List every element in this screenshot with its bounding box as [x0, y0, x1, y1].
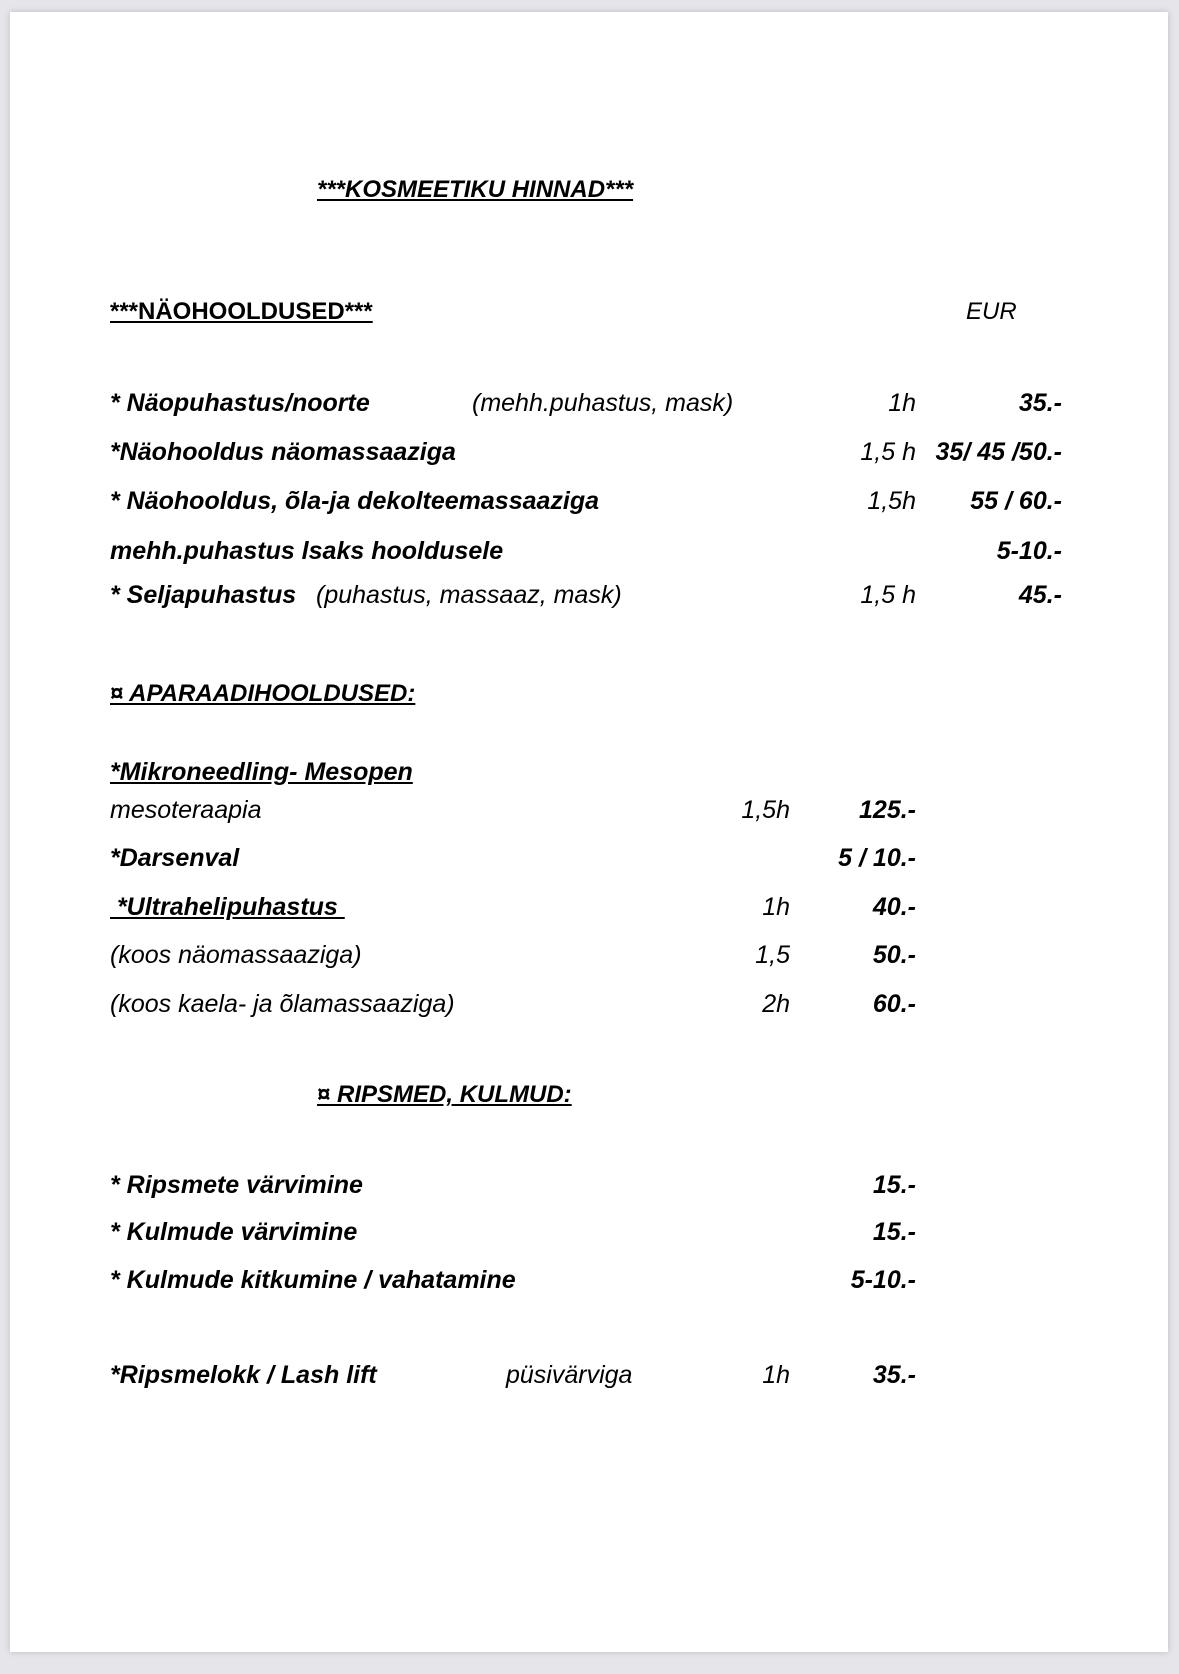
- device-row-name: *Ultrahelipuhastus: [110, 892, 345, 922]
- face-row-name: * Seljapuhastus: [110, 580, 296, 610]
- face-row-price: 5-10.-: [910, 536, 1062, 566]
- face-row-note: (mehh.puhastus, mask): [472, 388, 733, 418]
- device-row-price: 125.-: [800, 795, 916, 825]
- section-heading-face: ***NÄOHOOLDUSED***: [110, 297, 373, 327]
- device-row-price: 60.-: [800, 989, 916, 1019]
- document-title: ***KOSMEETIKU HINNAD***: [317, 175, 633, 205]
- face-row-name: mehh.puhastus lsaks hooldusele: [110, 536, 503, 566]
- face-row-price: 55 / 60.-: [910, 486, 1062, 516]
- device-row-duration: 1h: [690, 892, 790, 922]
- lash-row-name: * Kulmude kitkumine / vahatamine: [110, 1265, 516, 1295]
- lash-row-name: * Kulmude värvimine: [110, 1217, 357, 1247]
- device-row-name: mesoteraapia: [110, 795, 261, 825]
- device-row-name: *Darsenval: [110, 843, 239, 873]
- lash-row-name: * Ripsmete värvimine: [110, 1170, 363, 1200]
- face-row-price: 35/ 45 /50.-: [910, 437, 1062, 467]
- face-row-name: * Näopuhastus/noorte: [110, 388, 370, 418]
- device-row-name: (koos kaela- ja õlamassaaziga): [110, 989, 455, 1019]
- face-row-duration: 1,5 h: [810, 437, 916, 467]
- face-row-note: (puhastus, massaaz, mask): [316, 580, 622, 610]
- currency-label: EUR: [966, 297, 1017, 327]
- device-row-price: 5 / 10.-: [800, 843, 916, 873]
- face-row-name: *Näohooldus näomassaaziga: [110, 437, 456, 467]
- lash-lift-note: püsivärviga: [506, 1360, 632, 1390]
- face-row-price: 35.-: [910, 388, 1062, 418]
- face-row-duration: 1,5h: [810, 486, 916, 516]
- lash-lift-duration: 1h: [690, 1360, 790, 1390]
- device-row-duration: 1,5h: [690, 795, 790, 825]
- face-row-duration: 1h: [810, 388, 916, 418]
- device-row-name: *Mikroneedling- Mesopen: [110, 757, 413, 787]
- device-row-duration: 2h: [690, 989, 790, 1019]
- face-row-name: * Näohooldus, õla-ja dekolteemassaaziga: [110, 486, 599, 516]
- section-heading-lashes: ¤ RIPSMED, KULMUD:: [317, 1080, 572, 1110]
- document-page: ***KOSMEETIKU HINNAD*** ***NÄOHOOLDUSED*…: [10, 12, 1168, 1652]
- lash-row-price: 15.-: [800, 1217, 916, 1247]
- lash-row-price: 5-10.-: [800, 1265, 916, 1295]
- section-heading-devices: ¤ APARAADIHOOLDUSED:: [110, 679, 415, 709]
- device-row-name: (koos näomassaaziga): [110, 940, 362, 970]
- lash-row-price: 15.-: [800, 1170, 916, 1200]
- face-row-price: 45.-: [910, 580, 1062, 610]
- device-row-price: 40.-: [800, 892, 916, 922]
- device-row-price: 50.-: [800, 940, 916, 970]
- lash-lift-name: *Ripsmelokk / Lash lift: [110, 1360, 377, 1390]
- lash-lift-price: 35.-: [800, 1360, 916, 1390]
- face-row-duration: 1,5 h: [810, 580, 916, 610]
- device-row-duration: 1,5: [690, 940, 790, 970]
